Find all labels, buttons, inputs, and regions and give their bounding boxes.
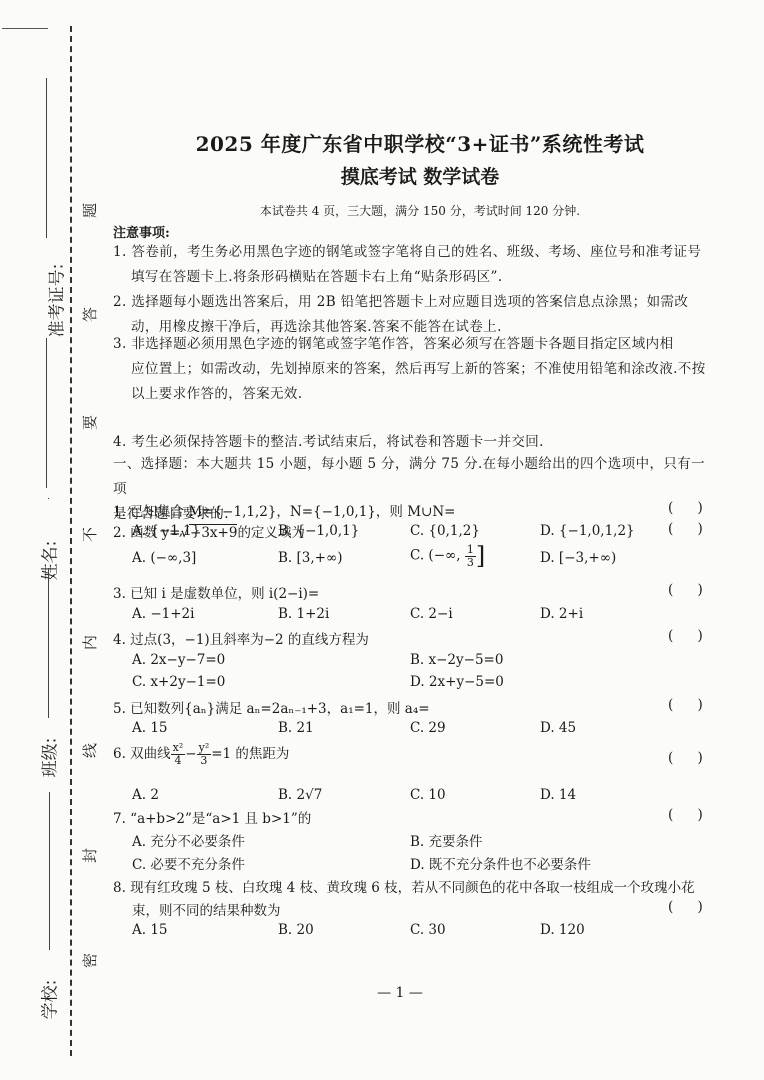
stem-text: 6. 双曲线 (113, 746, 171, 762)
option-c: C. 2−i (410, 606, 453, 622)
page-number: — 1 — (360, 985, 440, 1001)
option-a: A. 充分不必要条件 (132, 830, 245, 850)
option-d: D. {−1,0,1,2} (540, 523, 635, 539)
option-c: C. {0,1,2} (410, 523, 480, 539)
option-a: A. −1+2i (132, 606, 194, 622)
corner-mark (2, 28, 48, 29)
notes-heading: 注意事项: (113, 222, 170, 241)
exam-subtitle: 摸底考试 数学试卷 (110, 162, 730, 189)
minus-sign: − (185, 746, 196, 762)
name-line (48, 568, 49, 718)
option-c-text: C. (−∞, (410, 548, 461, 564)
class-label: 班级: (35, 738, 60, 778)
spacer (48, 498, 49, 499)
answer-blank[interactable]: ( ) (668, 628, 703, 644)
note-text: 填写在答题卡上.将条形码横贴在答题卡右上角“贴条形码区”. (113, 265, 713, 290)
numerator: 1 (465, 544, 476, 557)
admission-number-line-2 (46, 338, 47, 488)
seal-char: 封 (79, 848, 100, 863)
option-b: B. 2√7 (278, 787, 322, 803)
option-d: D. 120 (540, 922, 585, 938)
option-a: A. 2x−y−7=0 (132, 652, 225, 668)
option-c: C. 10 (410, 787, 446, 803)
option-d: D. 2x+y−5=0 (410, 674, 504, 690)
answer-blank[interactable]: ( ) (668, 750, 703, 766)
option-b: B. 20 (278, 922, 314, 938)
exam-title: 2025 年度广东省中职学校“3+证书”系统性考试 (110, 128, 730, 157)
admission-number-label: 准考证号: (42, 264, 67, 338)
option-c: C. x+2y−1=0 (132, 674, 225, 690)
option-a: A. (−∞,3] (132, 550, 196, 566)
school-label: 学校: (35, 980, 60, 1020)
option-c: C. (−∞, 13] (410, 542, 485, 570)
option-d: D. 14 (540, 787, 576, 803)
section-text: 一、选择题：本大题共 15 小题，每小题 5 分，满分 75 分.在每小题给出的… (113, 456, 705, 497)
admission-number-line (46, 78, 47, 238)
option-d: D. [−3,+∞) (540, 550, 616, 566)
option-b: B. 1+2i (278, 606, 329, 622)
answer-blank[interactable]: ( ) (668, 521, 703, 537)
seal-char: 内 (79, 635, 100, 650)
stem-text: 2. 函数 y= (113, 525, 180, 541)
question-7-stem: 7. “a+b>2”是“a>1 且 b>1”的 (113, 807, 311, 827)
denominator: 4 (171, 755, 186, 767)
seal-char: 答 (79, 307, 100, 322)
fraction: 13 (465, 544, 476, 569)
denominator: 3 (197, 755, 212, 767)
answer-blank[interactable]: ( ) (668, 582, 703, 598)
question-2-stem: 2. 函数 y=√−3x+9的定义域为 (113, 521, 305, 541)
question-8-stem: 8. 现有红玫瑰 5 枝、白玫瑰 4 枝、黄玫瑰 6 枝，若从不同颜色的花中各取… (113, 876, 695, 896)
sqrt-sign-icon: √ (180, 525, 189, 541)
note-3: 3. 非选择题必须用黑色字迹的钢笔或签字笔作答，答案必须写在答题卡各题目指定区域… (113, 332, 713, 407)
question-4-stem: 4. 过点(3，−1)且斜率为−2 的直线方程为 (113, 628, 369, 648)
answer-blank[interactable]: ( ) (668, 697, 703, 713)
option-d: D. 2+i (540, 606, 583, 622)
option-b: B. 21 (278, 720, 314, 736)
note-text: 4. 考生必须保持答题卡的整洁.考试结束后，将试卷和答题卡一并交回. (113, 434, 544, 450)
question-8-stem-cont: 束，则不同的结果种数为 (132, 899, 281, 919)
stem-text: =1 的焦距为 (211, 746, 289, 762)
option-c: C. 必要不充分条件 (132, 853, 245, 873)
seal-char: 线 (79, 743, 100, 758)
note-1: 1. 答卷前，考生务必用黑色字迹的钢笔或签字笔将自己的姓名、班级、考场、座位号和… (113, 240, 713, 290)
seal-char: 密 (79, 953, 100, 968)
option-a: A. 15 (132, 922, 168, 938)
question-3-stem: 3. 已知 i 是虚数单位，则 i(2−i)= (113, 582, 319, 602)
stem-text: 的定义域为 (237, 525, 305, 541)
note-text: 2. 选择题每小题选出答案后，用 2B 铅笔把答题卡上对应题目选项的答案信息点涂… (113, 294, 688, 310)
seal-char: 要 (79, 415, 100, 430)
class-line (49, 792, 50, 950)
note-text: 应位置上；如需改动，先划掉原来的答案，然后再写上新的答案；不准使用铅笔和涂改液.… (113, 357, 713, 382)
option-d: D. 45 (540, 720, 576, 736)
seal-dashed-line (70, 26, 72, 1056)
note-text: 1. 答卷前，考生务必用黑色字迹的钢笔或签字笔将自己的姓名、班级、考场、座位号和… (113, 244, 701, 260)
option-a: A. 15 (132, 720, 168, 736)
option-b: B. [3,+∞) (278, 550, 342, 566)
bracket: ] (476, 542, 485, 570)
note-text: 3. 非选择题必须用黑色字迹的钢笔或签字笔作答，答案必须写在答题卡各题目指定区域… (113, 336, 673, 352)
option-c: C. 29 (410, 720, 446, 736)
question-5-stem: 5. 已知数列{aₙ}满足 aₙ=2aₙ₋₁+3，a₁=1，则 a₄= (113, 697, 430, 717)
answer-blank[interactable]: ( ) (668, 500, 703, 516)
option-b: B. 充要条件 (410, 830, 483, 850)
option-d: D. 既不充分条件也不必要条件 (410, 853, 591, 873)
option-a: A. 2 (132, 787, 159, 803)
question-6-stem: 6. 双曲线x²4−y²3=1 的焦距为 (113, 742, 289, 767)
answer-blank[interactable]: ( ) (668, 899, 703, 915)
answer-blank[interactable]: ( ) (668, 807, 703, 823)
seal-char: 题 (79, 203, 100, 218)
seal-char: 不 (79, 527, 100, 542)
fraction: y²3 (197, 742, 212, 767)
sqrt-radicand: −3x+9 (189, 524, 237, 541)
exam-info: 本试卷共 4 页，三大题，满分 150 分，考试时间 120 分钟. (110, 202, 730, 219)
fraction: x²4 (171, 742, 186, 767)
option-b: B. x−2y−5=0 (410, 652, 503, 668)
question-1-stem: 1. 已知集合 M={−1,1,2}，N={−1,0,1}，则 M∪N= (113, 500, 455, 520)
denominator: 3 (465, 557, 476, 569)
note-text: 以上要求作答的，答案无效. (113, 382, 713, 407)
option-c: C. 30 (410, 922, 446, 938)
